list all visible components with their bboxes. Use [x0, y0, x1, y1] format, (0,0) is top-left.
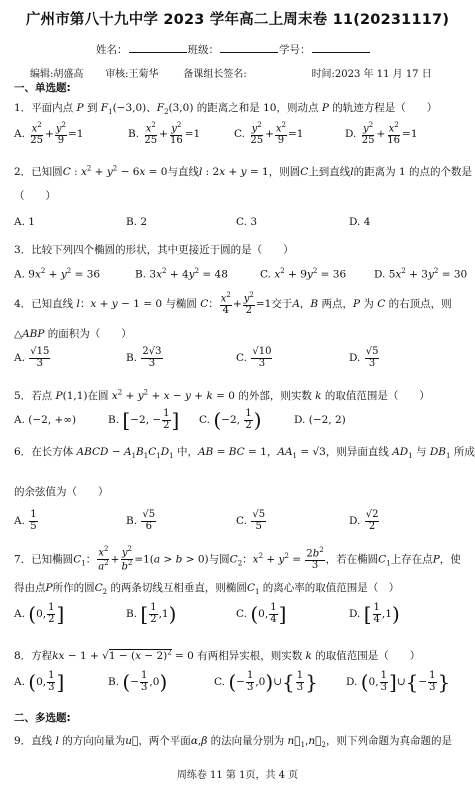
section-single-choice: 一、单选题:: [14, 80, 71, 95]
question-4: 4．已知直线 l：x + y − 1 = 0 与椭圆 C：x24+y22=1交于…: [14, 292, 452, 316]
question-7-line2: 得由点P所作的圆C2 的两条切线互相垂直，则椭圆C1 的离心率的取值范围是（ ）: [14, 580, 399, 596]
option-d[interactable]: D. 4: [349, 216, 370, 228]
option-d[interactable]: D. (−2, 2): [294, 414, 346, 426]
question-6: 6．在长方体 ABCD − A1B1C1D1 中，AB = BC = 1，AA1…: [14, 444, 475, 460]
option-a[interactable]: A. 1: [14, 216, 35, 228]
question-6-line2: 的余弦值为（ ）: [14, 484, 109, 499]
option-a[interactable]: A. √153: [14, 347, 51, 369]
option-b[interactable]: B. [12,1): [126, 602, 176, 626]
question-1: 1．平面内点 P 到 F1(−3,0)、F2(3,0) 的距离之和是 10，则动…: [14, 100, 437, 116]
question-5: 5．若点 P(1,1)在圆 x2 + y2 + x − y + k = 0 的外…: [14, 388, 430, 403]
option-b[interactable]: B. 2√33: [126, 347, 164, 369]
option-a[interactable]: A. 9x2 + y2 = 36: [14, 267, 100, 281]
question-9: 9．直线 l 的方向向量为u⃗，两个平面α,β 的法向量分别为 n⃗1,n⃗2，…: [14, 733, 452, 749]
option-b[interactable]: B. [−2, −12]: [108, 408, 179, 432]
option-a[interactable]: A. 15: [14, 510, 39, 532]
option-c[interactable]: C. y225+x29=1: [234, 122, 303, 146]
exam-title: 广州市第八十九中学 2023 学年高二上周末卷 11(20231117): [0, 8, 475, 29]
option-c[interactable]: C. (−2, 12): [199, 408, 262, 432]
option-b[interactable]: B. 3x2 + 4y2 = 48: [135, 267, 228, 281]
option-c[interactable]: C. √55: [236, 510, 267, 532]
option-a[interactable]: A. (0,13]: [14, 670, 64, 694]
option-a[interactable]: A. (0,12]: [14, 602, 64, 626]
name-blank: [129, 42, 187, 53]
leader-sign: 备课组长签名:: [183, 65, 308, 80]
question-2-paren: （ ）: [14, 188, 56, 203]
option-b[interactable]: B. 2: [126, 216, 147, 228]
name-label: 姓名：: [96, 44, 128, 56]
student-id-blank: [312, 42, 370, 53]
class-blank: [220, 42, 278, 53]
option-d[interactable]: D. (0,13]∪{−13}: [346, 670, 450, 694]
option-b[interactable]: B. (−13,0): [108, 670, 167, 694]
student-info-row: 姓名：班级：学号：: [96, 42, 371, 57]
option-c[interactable]: C. 3: [236, 216, 257, 228]
option-c[interactable]: C. (0,14]: [236, 602, 286, 626]
option-c[interactable]: C. x2 + 9y2 = 36: [260, 267, 346, 281]
option-b[interactable]: B. √56: [126, 510, 157, 532]
question-7: 7．已知椭圆C1：x2a2+y2b2=1(a > b > 0)与圆C2：x2 +…: [14, 546, 461, 573]
page-footer: 周练卷 11 第 1页，共 4 页: [0, 766, 475, 781]
option-c[interactable]: C. √103: [236, 347, 273, 369]
option-d[interactable]: D. √22: [349, 510, 380, 532]
editor-row: 编辑:胡盛高 审核:王菊华 备课组长签名: 时间:2023 年 11 月 17 …: [30, 65, 450, 80]
exam-date: 时间:2023 年 11 月 17 日: [312, 65, 432, 80]
section-multi-choice: 二、多选题:: [14, 710, 71, 725]
option-d[interactable]: D. 5x2 + 3y2 = 30: [374, 267, 467, 281]
question-2: 2．已知圆C : x2 + y2 − 6x = 0与直线l : 2x + y =…: [14, 164, 472, 179]
option-c[interactable]: C. (−13,0)∪{13}: [214, 670, 318, 694]
question-3: 3．比较下列四个椭圆的形状，其中更接近于圆的是（ ）: [14, 242, 294, 257]
option-d[interactable]: D. [14,1): [349, 602, 400, 626]
class-label: 班级：: [188, 44, 220, 56]
question-8: 8．方程kx − 1 + √1 − (x − 2)2 = 0 有两相异实根，则实…: [14, 648, 420, 663]
option-b[interactable]: B. x225+y216=1: [128, 122, 200, 146]
editor: 编辑:胡盛高: [30, 65, 102, 80]
reviewer: 审核:王菊华: [105, 65, 180, 80]
option-d[interactable]: D. √53: [349, 347, 380, 369]
student-id-label: 学号：: [279, 44, 311, 56]
question-4-line2: △ABP 的面积为（ ）: [14, 326, 132, 341]
option-a[interactable]: A. x225+y29=1: [14, 122, 83, 146]
option-d[interactable]: D. y225+x216=1: [345, 122, 418, 146]
option-a[interactable]: A. (−2, +∞): [14, 414, 76, 426]
